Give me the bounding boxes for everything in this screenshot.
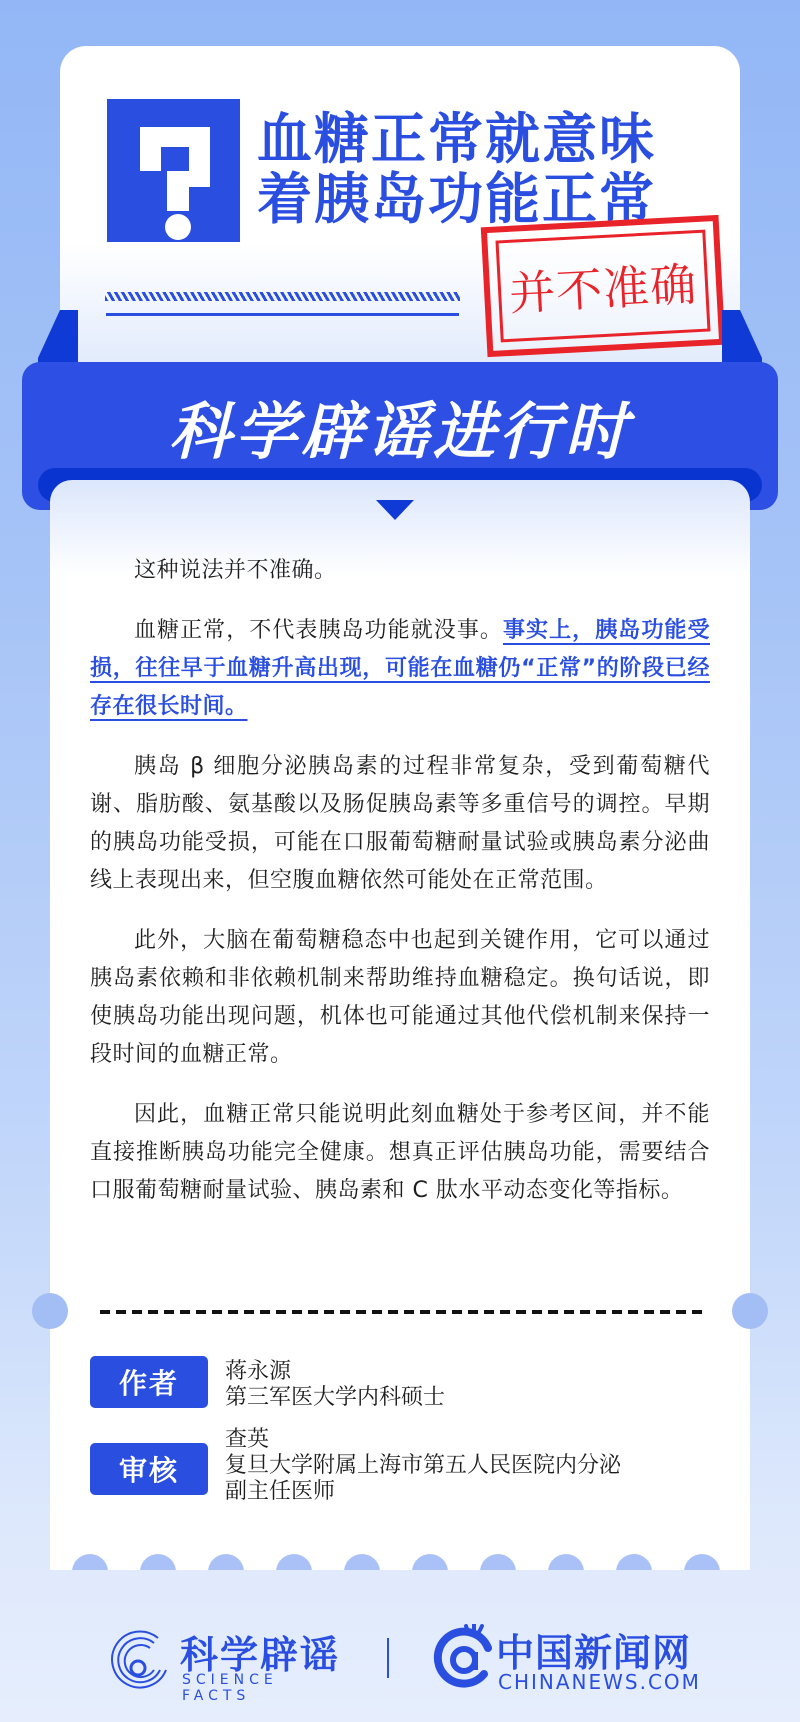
reviewer-info: 查英 复旦大学附属上海市第五人民医院内分泌 副主任医师	[225, 1427, 621, 1505]
ticket-notch-left	[32, 1293, 68, 1329]
paragraph-3: 胰岛 β 细胞分泌胰岛素的过程非常复杂，受到葡萄糖代谢、脂肪酸、氨基酸以及肠促胰…	[90, 748, 710, 900]
reviewer-title-1: 复旦大学附属上海市第五人民医院内分泌	[225, 1453, 621, 1479]
header-card: 血糖正常就意味 着胰岛功能正常 并不准确	[60, 46, 740, 376]
science-facts-icon	[108, 1630, 172, 1694]
reviewer-name: 查英	[225, 1427, 621, 1453]
footer-logos: 科学辟谣 SCIENCE FACTS 中国新闻网 CHINANEWS.COM	[0, 1600, 800, 1690]
chinanews-cn: 中国新闻网	[496, 1622, 691, 1677]
dashed-divider	[100, 1310, 702, 1314]
question-mark-icon	[107, 99, 240, 242]
author-info: 蒋永源 第三军医大学内科硕士	[225, 1359, 445, 1411]
paragraph-text: 血糖正常，不代表胰岛功能就没事。	[134, 618, 503, 643]
science-facts-en: SCIENCE FACTS	[182, 1672, 348, 1704]
reviewer-title-2: 副主任医师	[225, 1479, 621, 1505]
author-name: 蒋永源	[225, 1359, 445, 1385]
paragraph-text: 胰岛 β 细胞分泌胰岛素的过程非常复杂，受到葡萄糖代谢、脂肪酸、氨基酸以及肠促胰…	[90, 754, 710, 893]
paragraph-text: 此外，大脑在葡萄糖稳态中也起到关键作用，它可以通过胰岛素依赖和非依赖机制来帮助维…	[90, 928, 710, 1067]
ticket-notch-right	[732, 1293, 768, 1329]
article-body: 这种说法并不准确。 血糖正常，不代表胰岛功能就没事。事实上，胰岛功能受损，往往早…	[90, 552, 710, 1232]
paragraph-text: 因此，血糖正常只能说明此刻血糖处于参考区间，并不能直接推断胰岛功能完全健康。想真…	[90, 1102, 710, 1203]
decorative-stripes	[105, 292, 460, 301]
stamp-text: 并不准确	[507, 248, 698, 324]
author-badge: 作者	[90, 1356, 208, 1408]
at-sign-icon	[432, 1624, 498, 1690]
decorative-rule	[106, 313, 459, 316]
paragraph-1: 这种说法并不准确。	[90, 552, 710, 590]
headline-line-1: 血糖正常就意味	[257, 108, 656, 170]
paragraph-4: 此外，大脑在葡萄糖稳态中也起到关键作用，它可以通过胰岛素依赖和非依赖机制来帮助维…	[90, 922, 710, 1074]
stamp-inner-border: 并不准确	[495, 230, 710, 343]
paragraph-text: 这种说法并不准确。	[134, 558, 337, 583]
scalloped-edge	[50, 1540, 750, 1570]
chinanews-logo: 中国新闻网 CHINANEWS.COM	[432, 1616, 712, 1696]
reviewer-badge: 审核	[90, 1443, 208, 1495]
logo-divider	[387, 1638, 389, 1678]
verdict-stamp: 并不准确	[481, 215, 725, 357]
banner-title: 科学辟谣进行时	[0, 382, 800, 471]
paragraph-2: 血糖正常，不代表胰岛功能就没事。事实上，胰岛功能受损，往往早于血糖升高出现，可能…	[90, 612, 710, 726]
science-facts-logo: 科学辟谣 SCIENCE FACTS	[108, 1620, 348, 1692]
chinanews-en: CHINANEWS.COM	[498, 1670, 701, 1694]
paragraph-5: 因此，血糖正常只能说明此刻血糖处于参考区间，并不能直接推断胰岛功能完全健康。想真…	[90, 1096, 710, 1210]
author-title: 第三军医大学内科硕士	[225, 1385, 445, 1411]
arrow-down-icon	[376, 500, 414, 520]
science-facts-cn: 科学辟谣	[180, 1624, 340, 1679]
